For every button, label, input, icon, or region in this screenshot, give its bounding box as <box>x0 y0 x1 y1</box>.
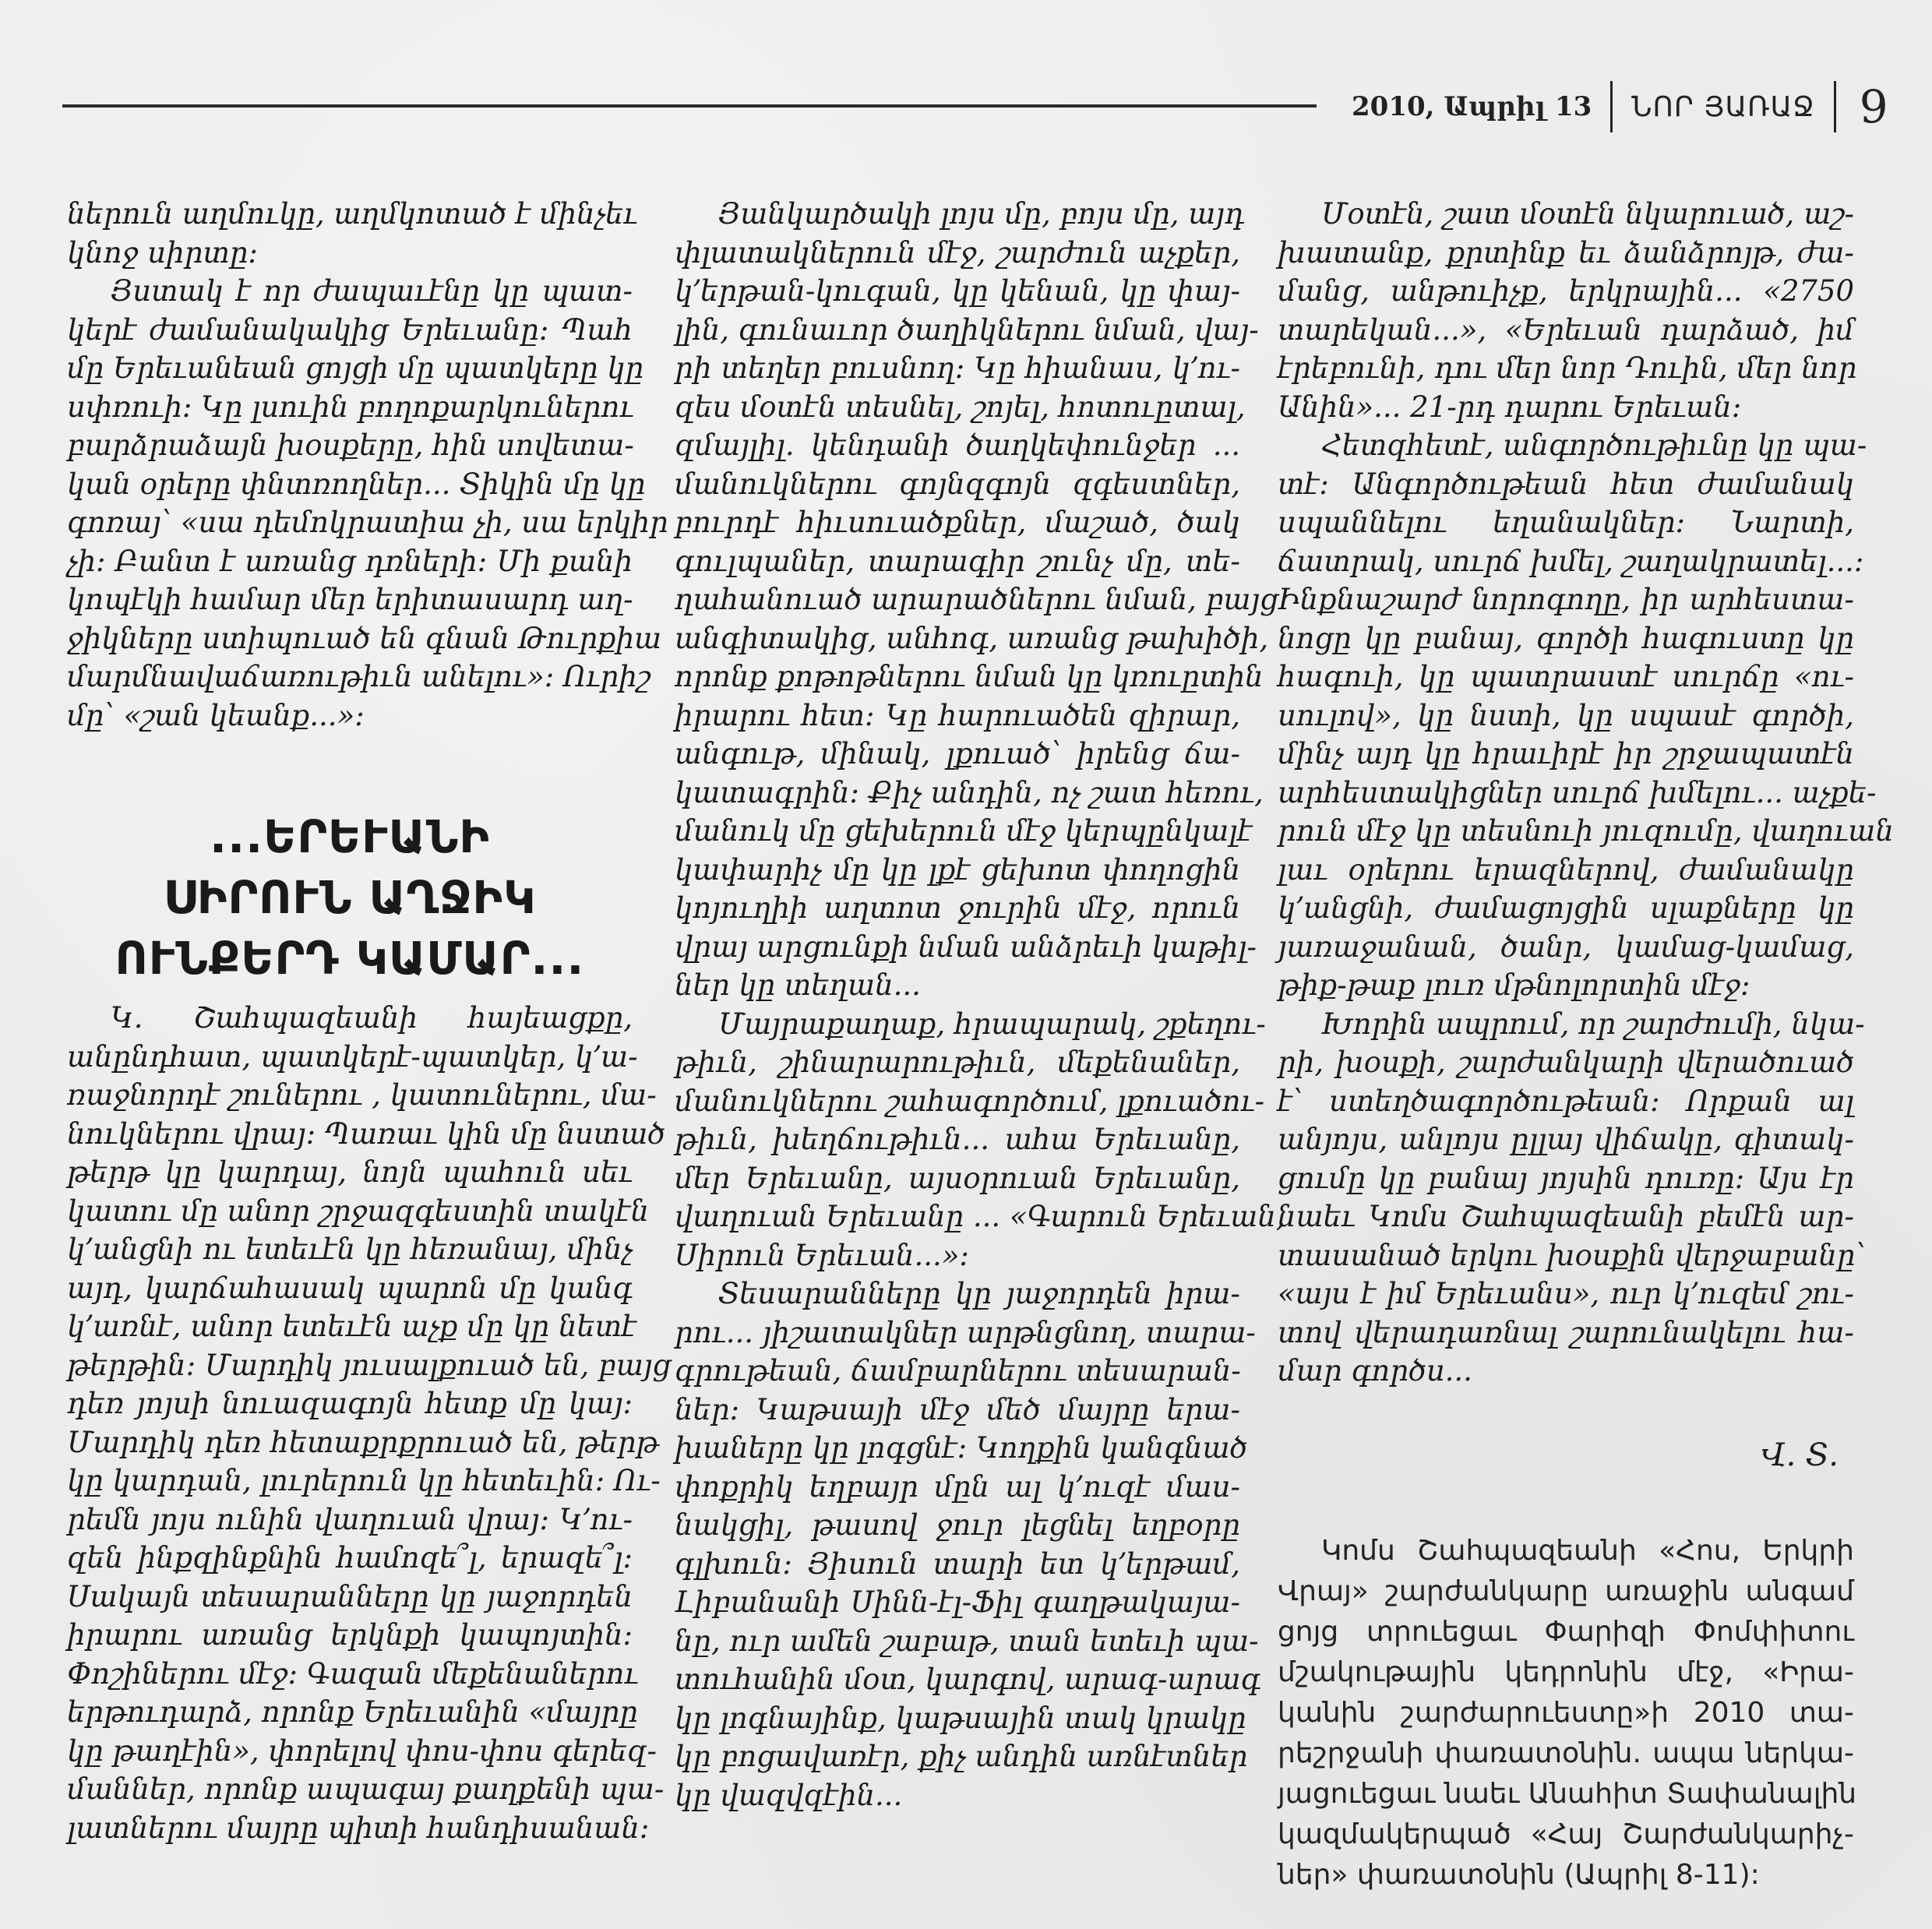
middle-column: Յանկարծակի լոյս մը, բոյս մը, այդ փլատակն… <box>675 195 1240 1814</box>
page-number: 9 <box>1860 80 1888 133</box>
text-line: զեն ինքզինքնին համոզե՞լ, երազե՞լ: <box>67 1539 633 1578</box>
text-line: կան օրերը փնտռողներ... Տիկին մը կը <box>67 465 633 504</box>
headline-line: ...ԵՐԵՒԱՆԻ <box>67 806 633 867</box>
left-column-top: ներուն աղմուկը, աղմկոտած է մինչեւ կնոջ ս… <box>67 195 633 735</box>
text-line: այդ, կարճահասակ պարոն մը կանգ <box>67 1269 633 1308</box>
text-line: խաները կը լոգցնէ: Կողքին կանգնած <box>675 1429 1240 1468</box>
headline-line: ՈՒՆՔԵՐԴ ԿԱՄԱՐ... <box>67 928 633 989</box>
text-line: Կ. Շահպազեանի հայեացքը, <box>67 999 633 1038</box>
text-line: րեշրջանի փառատօնին. ապա ներկա- <box>1278 1733 1854 1774</box>
text-line: մը Երեւանեան ցոյցի մը պատկերը կը <box>67 349 633 388</box>
text-line: ղահանուած արարածներու նման, բայց <box>675 580 1240 619</box>
text-line: անգութ, մինակ, լքուած՝ իրենց ճա- <box>675 735 1240 774</box>
text-line: յառաջանան, ծանր, կամաց-կամաց, <box>1278 928 1854 967</box>
text-line: կ՚անցնի, ժամացոյցին սլաքները կը <box>1278 889 1854 928</box>
text-line: րի տեղեր բուսնող: Կը հիանաս, կ՚ու- <box>675 349 1240 388</box>
text-line: էրեբունի, դու մեր նոր Դուին, մեր նոր <box>1278 349 1854 388</box>
text-line: կ՚առնէ, անոր ետեւէն աչք մը կը նետէ <box>67 1307 633 1346</box>
text-line: նոցը կը բանայ, գործի հագուստը կը <box>1278 619 1854 658</box>
text-line: կոպէկի համար մեր երիտասարդ աղ- <box>67 580 633 619</box>
text-line: բարձրաձայն խօսքերը, հին սովետա- <box>67 426 633 465</box>
text-line: ջիկները ստիպուած են գնան Թուրքիա <box>67 619 633 658</box>
text-line: Մայրաքաղաք, հրապարակ, շքեղու- <box>675 1005 1240 1044</box>
masthead-divider <box>1610 81 1613 132</box>
text-line: մինչ այդ կը հրաւիրէ իր շրջապատէն <box>1278 735 1854 774</box>
text-line: Յստակ է որ ժապաւէնը կը պատ- <box>67 272 633 311</box>
text-line: չի: Բանտ է առանց դռների: Մի քանի <box>67 542 633 581</box>
text-line: լին, գունաւոր ծաղիկներու նման, վայ- <box>675 311 1240 350</box>
text-line: Կոմս Շահպազեանի «Հոս, Երկրի <box>1278 1531 1854 1571</box>
screening-note: Կոմս Շահպազեանի «Հոս, Երկրի Վրայ» շարժան… <box>1278 1531 1854 1895</box>
text-line: կը կարդան, լուրերուն կը հետեւին: Ու- <box>67 1462 633 1501</box>
text-line: կոյուղիի աղտոտ ջուրին մէջ, որուն <box>675 889 1240 928</box>
text-line: թերթին: Մարդիկ յուսալքուած են, բայց <box>67 1346 633 1385</box>
text-line: Հետզհետէ, անգործութիւնը կը պա- <box>1278 426 1854 465</box>
text-line: կերէ ժամանակակից Երեւանը: Պահ <box>67 311 633 350</box>
text-line: կանին շարժարուեստը»ի 2010 տա- <box>1278 1693 1854 1733</box>
text-line: յացուեցաւ նաեւ Անահիտ Տափանալին <box>1278 1774 1854 1814</box>
text-line: թիք-թաք լուռ մթնոլորտին մէջ: <box>1278 966 1854 1005</box>
text-line: կը բոցավառէր, քիչ անդին առնէտներ <box>675 1737 1240 1776</box>
text-line: մանց, անթուիչք, երկրային... «2750 <box>1278 272 1854 311</box>
text-line: փոքրիկ եղբայր մըն ալ կ՚ուզէ մաս- <box>675 1468 1240 1507</box>
text-line: մար գործս... <box>1278 1352 1854 1391</box>
text-line: թիւն, խեղճութիւն... ահա Երեւանը, <box>675 1120 1240 1159</box>
text-line: նը, ուր ամեն շաբաթ, տան ետեւի պա- <box>675 1622 1240 1661</box>
text-line: թերթ կը կարդայ, նոյն պահուն սեւ <box>67 1153 633 1192</box>
text-line: կազմակերպած «Հայ Շարժանկարիչ- <box>1278 1814 1854 1855</box>
text-line: արհեստակիցներ սուրճ խմելու... աչքե- <box>1278 774 1854 813</box>
text-line: Յանկարծակի լոյս մը, բոյս մը, այդ <box>675 195 1240 234</box>
text-line: կ՚անցնի ու ետեւէն կը հեռանայ, մինչ <box>67 1230 633 1269</box>
text-line: լաւ օրերու երազներով, ժամանակը <box>1278 851 1854 890</box>
text-line: հագուի, կը պատրաստէ սուրճը «ու- <box>1278 658 1854 696</box>
text-line: Սիրուն Երեւան...»: <box>675 1236 1240 1275</box>
masthead-divider <box>1834 81 1836 132</box>
text-line: սուլով», կը նստի, կը սպասէ գործի, <box>1278 696 1854 735</box>
text-line: գոռայ՝ «սա դեմոկրատիա չի, սա երկիր <box>67 503 633 542</box>
text-line: լատներու մայրը պիտի հանդիսանան: <box>67 1809 633 1848</box>
text-line: տուհանին մօտ, կարգով, արագ-արագ <box>675 1660 1240 1699</box>
text-line: ներուն աղմուկը, աղմկոտած է մինչեւ <box>67 195 633 234</box>
text-line: վրայ արցունքի նման անձրեւի կաթիլ- <box>675 928 1240 967</box>
text-line: նուկներու վրայ: Պառաւ կին մը նստած <box>67 1115 633 1154</box>
text-line: իրարու հետ: Կը հարուածեն զիրար, <box>675 696 1240 735</box>
text-line: տարեկան...», «Երեւան դարձած, իմ <box>1278 311 1854 350</box>
text-line: Անին»... 21-րդ դարու Երեւան: <box>1278 388 1854 427</box>
text-line: Ինքնաշարժ նորոգողը, իր արհեստա- <box>1278 580 1854 619</box>
text-line: փլատակներուն մէջ, շարժուն աչքեր, <box>675 234 1240 273</box>
text-line: սփռուի: Կը լսուին բողոքարկուներու <box>67 388 633 427</box>
text-line: կը թաղէին», փորելով փոս-փոս գերեզ- <box>67 1732 633 1771</box>
text-line: կնոջ սիրտը: <box>67 234 633 273</box>
text-line: նաեւ Կոմս Շահպազեանի բեմէն ար- <box>1278 1197 1854 1236</box>
author-signature: Վ. Տ. <box>1278 1437 1839 1473</box>
text-line: մշակութային կեդրոնին մէջ, «Իրա- <box>1278 1652 1854 1693</box>
text-line: խատանք, քրտինք եւ ձանձրոյթ, ժա- <box>1278 234 1854 273</box>
text-line: Մարդիկ դեռ հետաքրքրուած են, թերթ <box>67 1423 633 1462</box>
text-line: մանուկներու շահագործում, լքուածու- <box>675 1082 1240 1121</box>
text-line: անյոյս, անլոյս ըլլայ վիճակը, գիտակ- <box>1278 1120 1854 1159</box>
text-line: Փոշիներու մէջ: Գազան մեքենաներու <box>67 1655 633 1694</box>
text-line: տով վերադառնալ շարունակելու հա- <box>1278 1314 1854 1352</box>
text-line: ռաջնորդէ շուներու , կատուներու, մա- <box>67 1076 633 1115</box>
text-line: իրարու առանց երկնքի կապոյտին: <box>67 1616 633 1655</box>
text-line: ներ կը տեղան... <box>675 966 1240 1005</box>
text-line: կափարիչ մը կը լքէ ցեխոտ փողոցին <box>675 851 1240 890</box>
text-line: րու... յիշատակներ արթնցնող, տարա- <box>675 1314 1240 1352</box>
text-line: Մօտէն, շատ մօտէն նկարուած, աշ- <box>1278 195 1854 234</box>
right-column: Մօտէն, շատ մօտէն նկարուած, աշ- խատանք, ք… <box>1278 195 1854 1391</box>
text-line: րեմն յոյս ունին վաղուան վրայ: Կ՚ու- <box>67 1501 633 1539</box>
text-line: թիւն, շինարարութիւն, մեքենաներ, <box>675 1043 1240 1082</box>
text-line: տասանած երկու խօսքին վերջաբանը՝ <box>1278 1236 1854 1275</box>
text-line: բուրդէ հիւսուածքներ, մաշած, ծակ <box>675 503 1240 542</box>
text-line: երթուդարձ, որոնք Երեւանին «մայրը <box>67 1693 633 1732</box>
text-line: «այս է իմ Երեւանս», ուր կ՚ուզեմ շու- <box>1278 1275 1854 1314</box>
text-line: մեր Երեւանը, այսօրուան Երեւանը, <box>675 1159 1240 1198</box>
text-line: կատագրին: Քիչ անդին, ոչ շատ հեռու, <box>675 774 1240 813</box>
text-line: նակցիլ, թասով ջուր լեցնել եղբօրը <box>675 1506 1240 1545</box>
masthead: 2010, Ապրիլ 13 ՆՈՐ ՅԱՌԱՋ 9 <box>1352 79 1888 134</box>
text-line: մանուկ մը ցեխերուն մէջ կերպընկալէ <box>675 812 1240 851</box>
text-line: գուլպաներ, տարագիր շունչ մը, տե- <box>675 542 1240 581</box>
text-line: է՝ ստեղծագործութեան: Որքան ալ <box>1278 1082 1854 1121</box>
text-line: րի, խօսքի, շարժանկարի վերածուած <box>1278 1043 1854 1082</box>
text-line: ներ: Կաթսայի մէջ մեծ մայրը երա- <box>675 1391 1240 1430</box>
text-line: սպաննելու եղանակներ: Նարտի, <box>1278 503 1854 542</box>
text-line: գրութեան, ճամբարներու տեսարան- <box>675 1352 1240 1391</box>
text-line: մանուկներու գոյնզգոյն զգեստներ, <box>675 465 1240 504</box>
text-line: զմայլիլ. կենդանի ծաղկեփունջեր ... <box>675 426 1240 465</box>
text-line: զես մօտէն տեսնել, շոյել, հոտուըտալ, <box>675 388 1240 427</box>
text-line: ցումը կը բանայ յոյսին դուռը: Այս էր <box>1278 1159 1854 1198</box>
text-line: տէ: Անգործութեան հետ ժամանակ <box>1278 465 1854 504</box>
text-line: դեռ յոյսի նուազագոյն հետք մը կայ: <box>67 1384 633 1423</box>
text-line: կը վազվզէին... <box>675 1776 1240 1815</box>
text-line: ներ» փառատօնին (Ապրիլ 8-11): <box>1278 1855 1854 1895</box>
text-line: մարմնավաճառութիւն անելու»: Ուրիշ <box>67 658 633 696</box>
text-line: Լիբանանի Սինն-էլ-Ֆիլ գաղթակայա- <box>675 1583 1240 1622</box>
text-line: վաղուան Երեւանը ... «Գարուն Երեւան, <box>675 1197 1240 1236</box>
newspaper-name: ՆՈՐ ՅԱՌԱՋ <box>1631 91 1815 123</box>
text-line: մաններ, որոնք ապագայ քաղքենի պա- <box>67 1770 633 1809</box>
masthead-rule <box>62 104 1317 108</box>
text-line: Սակայն տեսարանները կը յաջորդեն <box>67 1578 633 1617</box>
text-line: կը լոգնայինք, կաթսային տակ կրակը <box>675 1699 1240 1738</box>
text-line: Խորին ապրում, որ շարժումի, նկա- <box>1278 1005 1854 1044</box>
text-line: ճատրակ, սուրճ խմել, շաղակրատել...: <box>1278 542 1854 581</box>
text-line: գլխուն: Յիսուն տարի ետ կ՚երթամ, <box>675 1545 1240 1584</box>
article-headline: ...ԵՐԵՒԱՆԻ ՍԻՐՈՒՆ ԱՂՋԻԿ ՈՒՆՔԵՐԴ ԿԱՄԱՐ... <box>67 806 633 989</box>
text-line: կ՚երթան-կուգան, կը կենան, կը փայ- <box>675 272 1240 311</box>
text-line: մը՝ «շան կեանք...»: <box>67 696 633 735</box>
text-line: որոնք քոթոթներու նման կը կռուըտին <box>675 658 1240 696</box>
text-line: Տեսարանները կը յաջորդեն իրա- <box>675 1275 1240 1314</box>
text-line: ցոյց տրուեցաւ Փարիզի Փոմփիտու <box>1278 1612 1854 1652</box>
text-line: Վրայ» շարժանկարը առաջին անգամ <box>1278 1571 1854 1612</box>
text-line: անգիտակից, անհոգ, առանց թախիծի, <box>675 619 1240 658</box>
text-line: րուն մէջ կը տեսնուի յուզումը, վաղուան <box>1278 812 1854 851</box>
text-line: անընդհատ, պատկերէ-պատկեր, կ՚ա- <box>67 1038 633 1077</box>
left-column-bottom: Կ. Շահպազեանի հայեացքը, անընդհատ, պատկեր… <box>67 999 633 1847</box>
headline-line: ՍԻՐՈՒՆ ԱՂՋԻԿ <box>67 867 633 928</box>
text-line: կատու մը անոր շրջազգեստին տակէն <box>67 1192 633 1231</box>
issue-date: 2010, Ապրիլ 13 <box>1352 91 1592 122</box>
